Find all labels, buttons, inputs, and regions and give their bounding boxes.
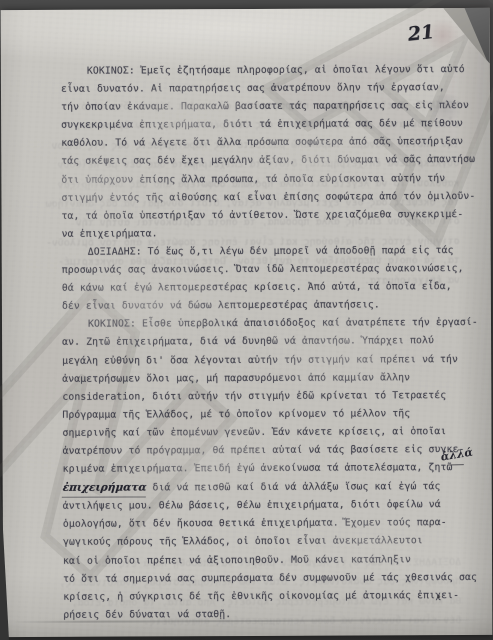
typed-line: τήν ὁποίαν ἐκάναμε. Παρακαλῶ βασίσατε τά…: [61, 97, 475, 117]
typed-line-rest: διά νά πεισθῶ καί διά νά ἀλλάξω ἴσως καί…: [146, 481, 440, 493]
typed-line: ἀνατρέπουν τό πρόγραμμα, θά πρέπει αὐταί…: [63, 441, 477, 461]
typed-line: ΚΟΚΙΝΟΣ: Ἐμεῖς ἐζητήσαμε πληροφορίας, αἱ…: [61, 61, 475, 81]
typed-line: μεγάλη εὐθύνη δι' ὅσα λέγονται αὐτήν τήν…: [62, 350, 476, 370]
typed-line: εἶναι δυνατόν. Αἱ παρατηρήσεις σας ἀνατρ…: [61, 79, 475, 99]
typed-line: γωγικούς πόρους τῆς Ἑλλάδος, οἱ ὁποῖοι ε…: [63, 532, 477, 552]
typed-line: κριμένα ἐπιχειρήματα. Ἐπειδή ἐγώ ἀνεκοίν…: [63, 459, 477, 479]
typed-line: ὁμολογήσω, ὅτι δέν ἤκουσα θετικά ἐπιχειρ…: [63, 514, 477, 534]
ink-dot: [437, 595, 440, 598]
typed-text-block: ΚΟΚΙΝΟΣ: Ἐμεῖς ἐζητήσαμε πληροφορίας, αἱ…: [61, 61, 477, 625]
typed-line: θά κάνω καί ἐγώ λεπτομερεστέρας κρίσεις.…: [62, 278, 476, 298]
scanned-document-photo: A N ΚΟΚΙΝΟΣ: Ἐμεῖς ἐζητήσαμε πληροφορίας…: [0, 0, 493, 640]
typed-line: τα, τά ὁποῖα ὑπεστήριξαν τό ἀντίθετον. Ὥ…: [61, 206, 475, 226]
typed-line: ἀναμετρήσωμεν ὅλοι μας, μή παρασυρόμενοι…: [62, 369, 476, 389]
paper-stain: [426, 94, 466, 120]
typed-line: τό ὅτι τά σημερινά σας συμπεράσματα δέν …: [63, 569, 477, 589]
typed-line: Πρόγραμμα τῆς Ἑλλάδος, μέ τό ὁποῖον κρίν…: [62, 405, 476, 425]
handwritten-overwrite-word: ἐπιχειρήματα: [62, 479, 148, 498]
typed-line: αν. Ζητῶ ἐπιχειρήματα, διά νά δυνηθῶ νά …: [62, 332, 476, 352]
typed-line: ἐπιχειρήματα διά νά πεισθῶ καί διά νά ἀλ…: [63, 477, 477, 498]
typed-line: ἀντιλήψεις μου. Θέλω βάσεις, θέλω ἐπιχει…: [63, 496, 477, 516]
typed-line: ὅτι ὑπάρχουν ἐπίσης ἄλλα πρόσωπα, τά ὁπο…: [61, 170, 475, 190]
typed-line: κρίσεις, ἡ σύγκρισις δέ τῆς ἐθνικῆς οἰκο…: [63, 587, 477, 607]
typed-line: στιγμήν ἐντός τῆς αἰθούσης καί εἶναι ἐπί…: [61, 188, 475, 208]
typed-line: τάς σκέψεις σας δέν ἔχει μεγάλην ἀξίαν, …: [61, 151, 475, 171]
typed-line: να ἐπιχειρήματα.: [62, 224, 476, 244]
typed-line: ΔΟΞΙΑΔΗΣ: Τό ἕως ὅ,τι λέγω δέν μπορεῖ νά…: [62, 242, 476, 262]
typed-line: σημερινῆς καί τῶν ἐπομένων γενεῶν. Ἐάν κ…: [62, 423, 476, 443]
typed-line: consideration, διότι αὐτήν τήν στιγμήν ἐ…: [62, 387, 476, 407]
document-page: A N ΚΟΚΙΝΟΣ: Ἐμεῖς ἐζητήσαμε πληροφορίας…: [1, 8, 493, 637]
typed-line: καί οἱ ὁποῖοι πρέπει νά ἀξιοποιηθοῦν. Μο…: [63, 551, 477, 571]
typed-line: καθόλου. Τό νά λέγετε ὅτι ἄλλα πρόσωπα σ…: [61, 133, 475, 153]
typed-line: συγκεκριμένα ἐπιχειρήματα, διότι τά ἐπιχ…: [61, 115, 475, 135]
paper-stain: [426, 18, 460, 52]
typed-line: δέν εἶναι δυνατόν νά δώσω λεπτομερεστέρα…: [62, 296, 476, 316]
typed-line: ΚΟΚΙΝΟΣ: Εἶσθε ὑπερβολικά ἀπαισιόδοξος κ…: [62, 314, 476, 334]
typed-line: προσωρινάς σας ἀνακοινώσεις. Ὅταν ἰδῶ λε…: [62, 260, 476, 280]
